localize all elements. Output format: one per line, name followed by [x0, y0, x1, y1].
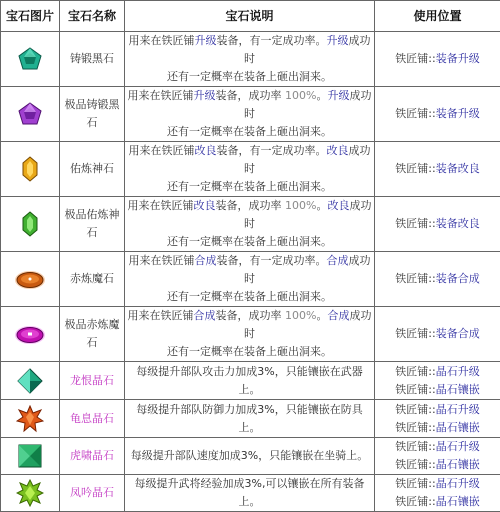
- teal-pentagon-gem-icon: [16, 45, 44, 73]
- gem-description: 用来在铁匠铺升级装备，成功率 100%。升级成功时 还有一定概率在装备上砸出洞来…: [125, 87, 375, 142]
- usage-location: 铁匠铺::装备合成: [375, 252, 500, 307]
- gem-description: 用来在铁匠铺合成装备，成功率 100%。合成成功时 还有一定概率在装备上砸出洞来…: [125, 307, 375, 362]
- gem-image-cell: [1, 32, 60, 87]
- usage-location: 铁匠铺::装备升级: [375, 87, 500, 142]
- header-gem-name: 宝石名称: [60, 1, 125, 32]
- gem-description: 用来在铁匠铺改良装备，成功率 100%。改良成功时 还有一定概率在装备上砸出洞来…: [125, 197, 375, 252]
- orange-star-crystal-icon: [16, 405, 44, 410]
- location-link[interactable]: 装备改良: [436, 217, 480, 230]
- usage-location: 铁匠铺::晶石升级 铁匠铺::晶石镶嵌: [375, 362, 500, 400]
- gem-description: 用来在铁匠铺合成装备，有一定成功率。合成成功时 还有一定概率在装备上砸出洞来。: [125, 252, 375, 307]
- gem-name: 极品佑炼神石: [60, 197, 125, 252]
- gem-name: 佑炼神石: [60, 142, 125, 197]
- location-link[interactable]: 晶石升级: [436, 365, 480, 378]
- gem-description: 用来在铁匠铺改良装备，有一定成功率。改良成功时 还有一定概率在装备上砸出洞来。: [125, 142, 375, 197]
- gem-description: 用来在铁匠铺升级装备，有一定成功率。升级成功时 还有一定概率在装备上砸出洞来。: [125, 32, 375, 87]
- gem-name: 龙恨晶石: [60, 362, 125, 400]
- teal-octahedron-crystal-icon: [16, 367, 44, 395]
- location-link[interactable]: 装备合成: [436, 327, 480, 340]
- gem-image-cell: [1, 142, 60, 197]
- gem-image-cell: [1, 197, 60, 252]
- usage-location: 铁匠铺::装备改良: [375, 142, 500, 197]
- gem-image-cell: [1, 87, 60, 142]
- gem-name: 龟息晶石: [60, 400, 125, 410]
- gem-image-cell: [1, 362, 60, 400]
- gem-name: 赤炼魔石: [60, 252, 125, 307]
- table-row: 极品赤炼魔石 用来在铁匠铺合成装备，成功率 100%。合成成功时 还有一定概率在…: [1, 307, 500, 362]
- location-link[interactable]: 装备升级: [436, 52, 480, 65]
- gem-info-table: 宝石图片 宝石名称 宝石说明 使用位置 铸锻黑石 用来在铁匠铺升级装备，有一定成…: [0, 0, 500, 409]
- location-link[interactable]: 装备合成: [436, 272, 480, 285]
- location-link[interactable]: 晶石镶嵌: [436, 383, 480, 396]
- table-row: 铸锻黑石 用来在铁匠铺升级装备，有一定成功率。升级成功时 还有一定概率在装备上砸…: [1, 32, 500, 87]
- table-row: 龙恨晶石 每级提升部队攻击力加成3%，只能镶嵌在武器上。 铁匠铺::晶石升级 铁…: [1, 362, 500, 400]
- table-row: 赤炼魔石 用来在铁匠铺合成装备，有一定成功率。合成成功时 还有一定概率在装备上砸…: [1, 252, 500, 307]
- table-row: 极品铸锻黑石 用来在铁匠铺升级装备，成功率 100%。升级成功时 还有一定概率在…: [1, 87, 500, 142]
- gem-image-cell: [1, 307, 60, 362]
- usage-location: 铁匠铺::装备改良: [375, 197, 500, 252]
- gem-description: 每级提升部队防御力加成3%，只能镶嵌在防具上。: [125, 400, 375, 410]
- location-link[interactable]: 装备升级: [436, 107, 480, 120]
- magenta-disc-stone-icon: [13, 320, 47, 348]
- header-gem-image: 宝石图片: [1, 1, 60, 32]
- table-row: 极品佑炼神石 用来在铁匠铺改良装备，成功率 100%。改良成功时 还有一定概率在…: [1, 197, 500, 252]
- header-usage-location: 使用位置: [375, 1, 500, 32]
- gem-name: 极品铸锻黑石: [60, 87, 125, 142]
- purple-pentagon-gem-icon: [16, 100, 44, 128]
- orange-disc-stone-icon: [13, 265, 47, 293]
- gem-image-cell: [1, 252, 60, 307]
- location-link[interactable]: 装备改良: [436, 162, 480, 175]
- usage-location: 铁匠铺::装备升级: [375, 32, 500, 87]
- gem-name: 铸锻黑石: [60, 32, 125, 87]
- header-row: 宝石图片 宝石名称 宝石说明 使用位置: [1, 1, 500, 32]
- gem-description: 每级提升部队攻击力加成3%，只能镶嵌在武器上。: [125, 362, 375, 400]
- table-row: 佑炼神石 用来在铁匠铺改良装备，有一定成功率。改良成功时 还有一定概率在装备上砸…: [1, 142, 500, 197]
- green-hexagon-crystal-icon: [16, 210, 44, 238]
- gold-hexagon-crystal-icon: [16, 155, 44, 183]
- gem-name: 极品赤炼魔石: [60, 307, 125, 362]
- gem-image-cell: [1, 400, 60, 410]
- table-row: 龟息晶石 每级提升部队防御力加成3%，只能镶嵌在防具上。 铁匠铺::晶石升级 铁…: [1, 400, 500, 410]
- usage-location: 铁匠铺::晶石升级 铁匠铺::晶石镶嵌: [375, 400, 500, 410]
- usage-location: 铁匠铺::装备合成: [375, 307, 500, 362]
- header-gem-description: 宝石说明: [125, 1, 375, 32]
- location-link[interactable]: 晶石升级: [436, 403, 480, 410]
